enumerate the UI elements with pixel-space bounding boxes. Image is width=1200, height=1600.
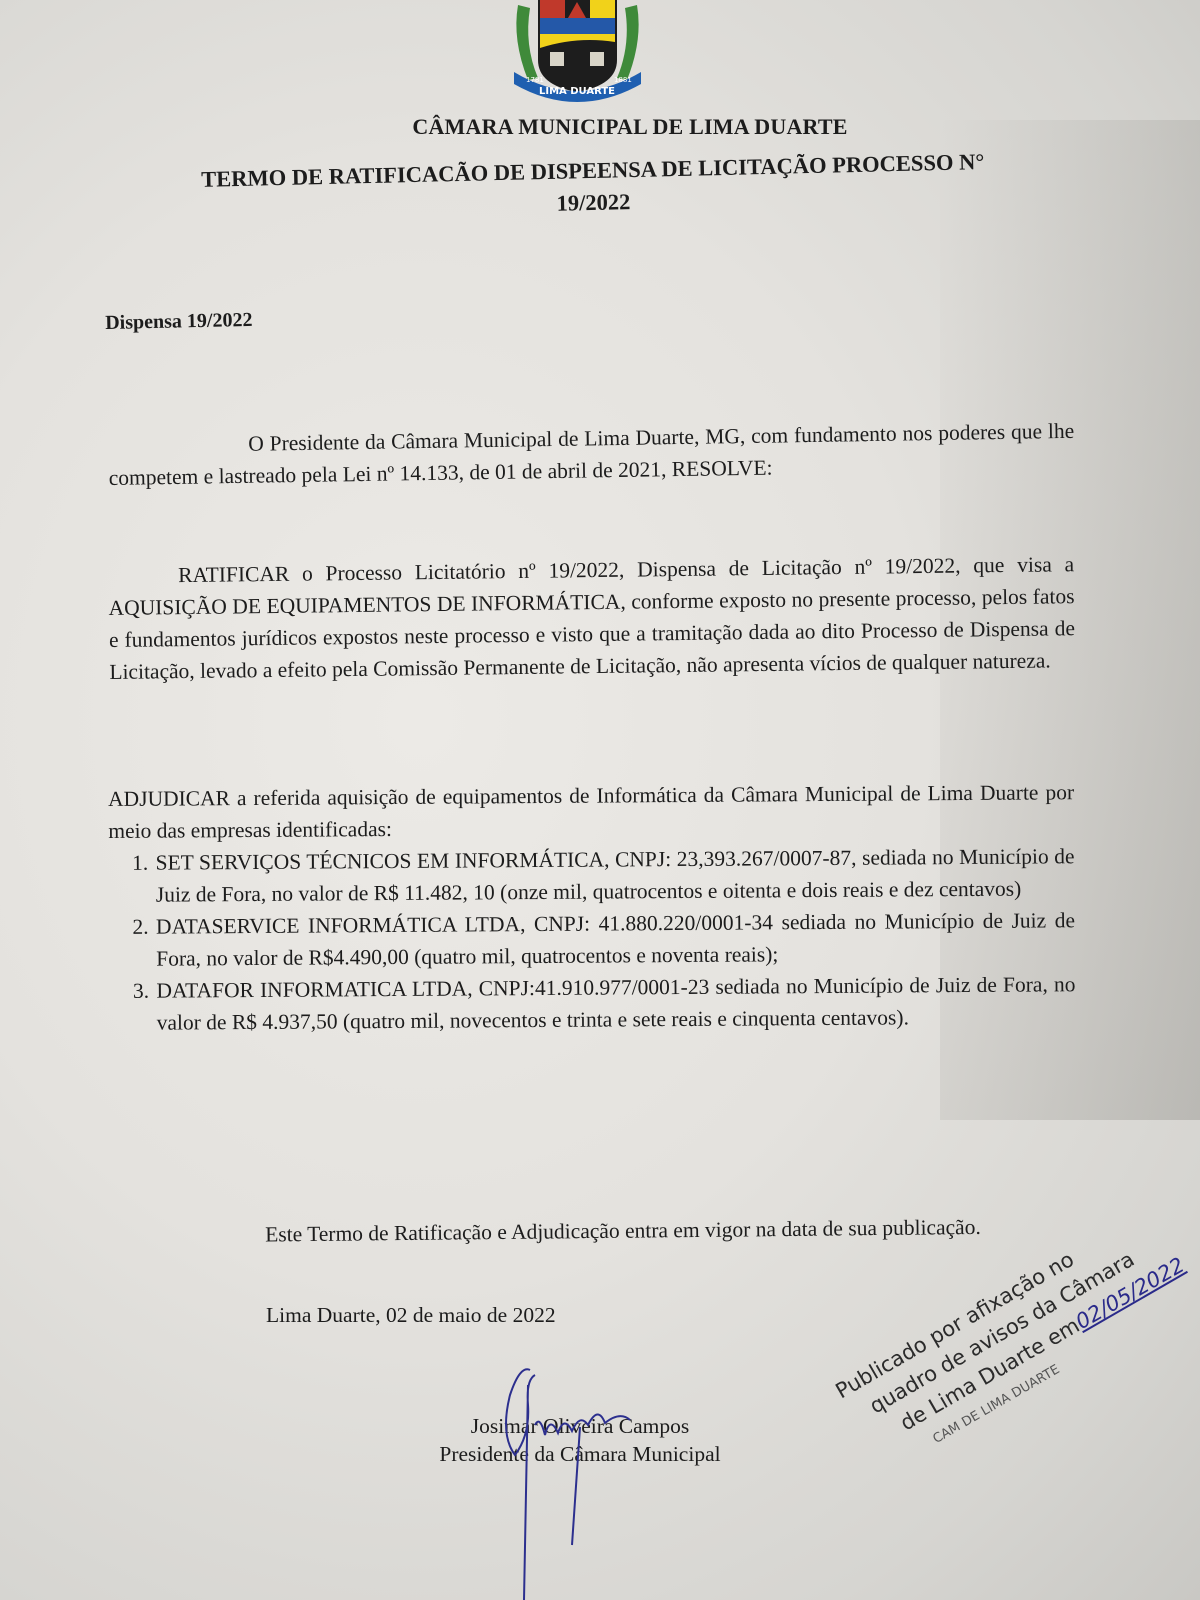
intro-paragraph: O Presidente da Câmara Municipal de Lima… — [108, 415, 1075, 494]
svg-text:1881: 1881 — [614, 76, 632, 84]
coat-of-arms-icon: LIMA DUARTE 1781 1881 — [510, 0, 645, 112]
svg-text:LIMA DUARTE: LIMA DUARTE — [539, 86, 615, 97]
final-paragraph: Este Termo de Ratificação e Adjudicação … — [120, 1210, 1080, 1252]
adjudicar-paragraph: ADJUDICAR a referida aquisição de equipa… — [108, 776, 1074, 847]
document-page: LIMA DUARTE 1781 1881 CÂMARA MUNICIPAL D… — [0, 0, 1200, 1600]
dispensa-label: Dispensa 19/2022 — [105, 309, 253, 335]
company-item: SET SERVIÇOS TÉCNICOS EM INFORMÁTICA, CN… — [153, 840, 1074, 910]
adjudicar-section: ADJUDICAR a referida aquisição de equipa… — [108, 776, 1076, 1039]
svg-text:1781: 1781 — [526, 76, 544, 84]
company-item: DATAFOR INFORMATICA LTDA, CNPJ:41.910.97… — [154, 968, 1075, 1038]
document-title: TERMO DE RATIFICACÃO DE DISPEENSA DE LIC… — [105, 144, 1081, 230]
companies-list: SET SERVIÇOS TÉCNICOS EM INFORMÁTICA, CN… — [108, 840, 1075, 1039]
company-item: DATASERVICE INFORMÁTICA LTDA, CNPJ: 41.8… — [154, 904, 1075, 974]
date-line: Lima Duarte, 02 de maio de 2022 — [266, 1303, 556, 1328]
publication-stamp: Publicado por afixação no quadro de avis… — [830, 1200, 1200, 1571]
organization-name: CÂMARA MUNICIPAL DE LIMA DUARTE — [30, 114, 1200, 140]
handwritten-signature-icon — [480, 1365, 680, 1600]
ratificar-paragraph: RATIFICAR o Processo Licitatório nº 19/2… — [108, 548, 1075, 688]
